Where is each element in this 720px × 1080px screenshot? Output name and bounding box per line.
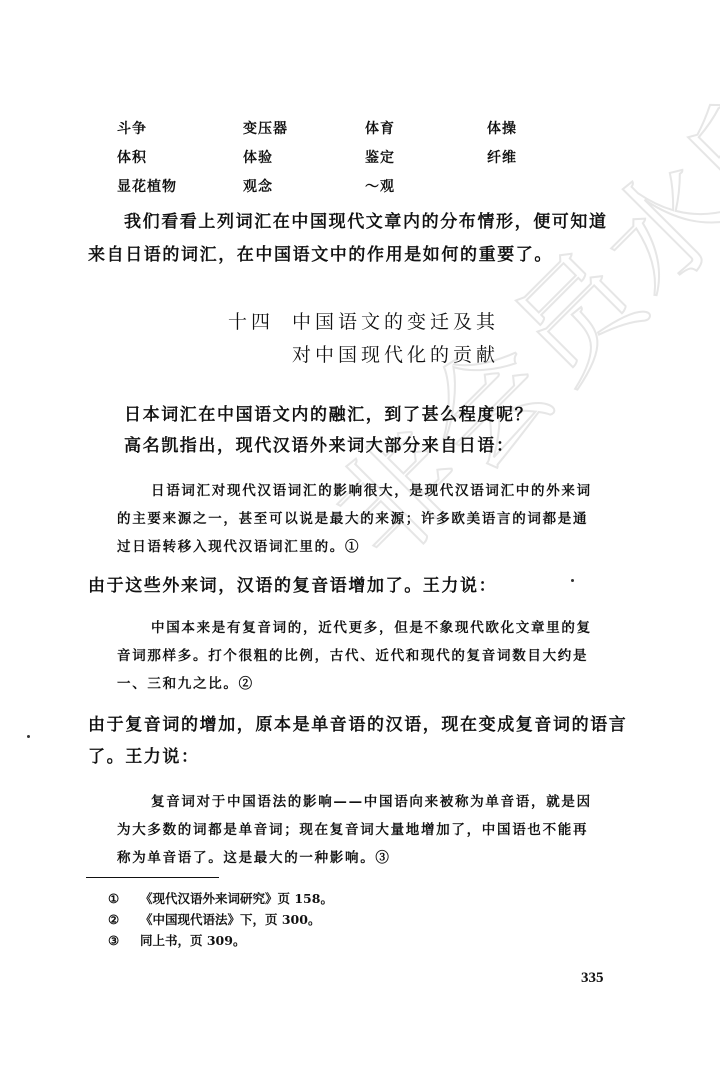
word-cell: 变压器 [243, 118, 365, 138]
paragraph-line: 日本词汇在中国语文内的融汇，到了甚么程度呢？ [124, 399, 533, 431]
paragraph-line: 了。王力说： [88, 741, 200, 773]
paragraph-line: 来自日语的词汇，在中国语文中的作用是如何的重要了。 [88, 239, 553, 271]
section-number: 十四 [228, 305, 274, 339]
scan-speck [571, 579, 574, 582]
block-quote-line: 的主要来源之一，甚至可以说是最大的来源；许多欧美语言的词都是通 [117, 505, 588, 533]
footnote-text: 《中国现代语法》下，页 300。 [140, 909, 320, 930]
word-cell: 观念 [243, 176, 365, 196]
word-table-row: 体积 体验 鉴定 纤维 [117, 142, 577, 171]
block-quote-line: 过日语转移入现代汉语词汇里的。① [117, 533, 360, 561]
paragraph-line: 高名凯指出，现代汉语外来词大部分来自日语： [124, 430, 515, 462]
word-cell: 鉴定 [365, 147, 487, 167]
paragraph-line: 由于这些外来词，汉语的复音语增加了。王力说： [88, 570, 497, 602]
paragraph-line: 我们看看上列词汇在中国现代文章内的分布情形，便可知道 [124, 206, 608, 238]
block-quote-line: 为大多数的词都是单音词；现在复音词大量地增加了，中国语也不能再 [117, 816, 588, 844]
footnote-divider [86, 877, 219, 878]
block-quote-line: 复音词对于中国语法的影响——中国语向来被称为单音语，就是因 [151, 788, 592, 816]
vocabulary-word-table: 斗争 变压器 体育 体操 体积 体验 鉴定 纤维 显花植物 观念 ～观 [117, 113, 577, 200]
block-quote-line: 称为单音语了。这是最大的一种影响。③ [117, 844, 391, 872]
block-quote-line: 音词那样多。打个很粗的比例，古代、近代和现代的复音词数目大约是 [117, 642, 588, 670]
footnote-text: 同上书，页 309。 [140, 930, 245, 951]
word-cell: 体操 [487, 118, 577, 138]
block-quote-line: 中国本来是有复音词的，近代更多，但是不象现代欧化文章里的复 [151, 614, 592, 642]
word-cell: 体积 [117, 147, 243, 167]
paragraph-line: 由于复音词的增加，原本是单音语的汉语，现在变成复音词的语言 [88, 709, 627, 741]
footnote-text: 《现代汉语外来词研究》页 158。 [140, 888, 333, 909]
footnote-marker: ③ [108, 930, 140, 951]
footnote-item: ③ 同上书，页 309。 [108, 930, 333, 951]
footnote-item: ① 《现代汉语外来词研究》页 158。 [108, 888, 333, 909]
word-cell: 斗争 [117, 118, 243, 138]
scan-speck [27, 735, 30, 738]
word-cell: ～观 [365, 176, 487, 196]
word-cell: 纤维 [487, 147, 577, 167]
section-title-line-1: 中国语文的变迁及其 [292, 305, 499, 339]
footnote-marker: ② [108, 909, 140, 930]
word-table-row: 斗争 变压器 体育 体操 [117, 113, 577, 142]
word-cell: 体育 [365, 118, 487, 138]
block-quote-line: 一、三和九之比。② [117, 670, 254, 698]
word-table-row: 显花植物 观念 ～观 [117, 171, 577, 200]
word-cell: 显花植物 [117, 176, 243, 196]
page-number: 335 [581, 970, 604, 987]
footnotes: ① 《现代汉语外来词研究》页 158。 ② 《中国现代语法》下，页 300。 ③… [108, 888, 333, 951]
footnote-marker: ① [108, 888, 140, 909]
section-title-line-2: 对中国现代化的贡献 [292, 338, 499, 372]
word-cell: 体验 [243, 147, 365, 167]
footnote-item: ② 《中国现代语法》下，页 300。 [108, 909, 333, 930]
block-quote-line: 日语词汇对现代汉语词汇的影响很大，是现代汉语词汇中的外来词 [151, 477, 592, 505]
